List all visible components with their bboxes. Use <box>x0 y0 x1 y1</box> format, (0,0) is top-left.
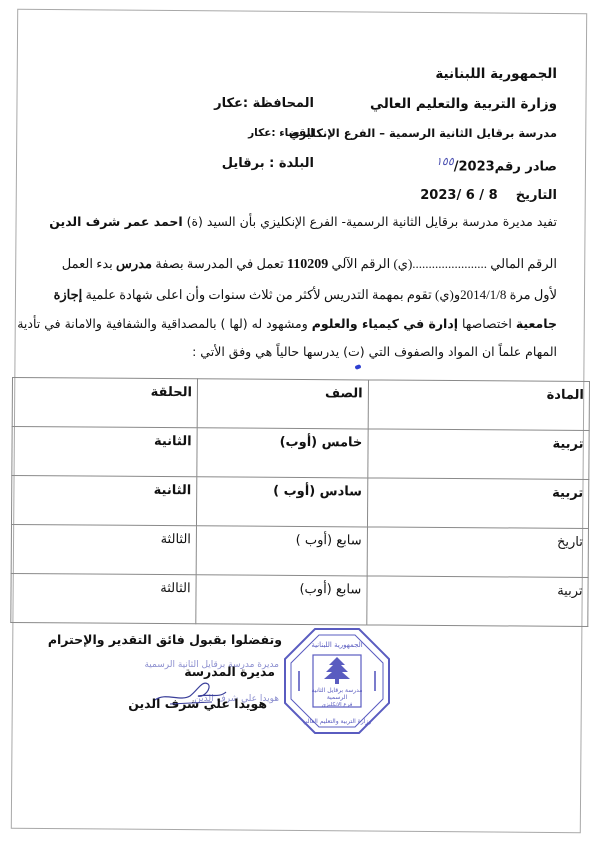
auto-number: 110209 <box>287 257 328 272</box>
employee-name: احمد عمر شرف الدين <box>49 214 182 229</box>
date-value: 2023/ 6 / 8 <box>420 188 497 203</box>
table-header-row: المادة الصف الحلقة <box>12 377 589 430</box>
body-line-4: جامعية اختصاصها إدارة في كيمياء والعلوم … <box>17 316 557 331</box>
signature-icon <box>150 678 230 708</box>
body-line-5: المهام علماً ان المواد والصفوف التي (ت) … <box>192 344 557 359</box>
table-row: تاريخ سابع (أوب ) الثالثة <box>11 524 588 577</box>
date-label: التاريخ <box>516 188 557 203</box>
official-stamp-icon: مدرسة برقايل الثانية الرسمية فرع الانكلي… <box>283 627 391 735</box>
stamp-center-line-2: الرسمية <box>327 694 348 701</box>
role: مدرس <box>116 256 152 271</box>
republic-heading: الجمهورية اللبنانية <box>435 66 557 82</box>
closing-regards: وتفضلوا بقبول فائق التقدير والإحترام <box>48 632 282 647</box>
subjects-table: المادة الصف الحلقة تربية خامس (أوب) الثا… <box>10 377 590 627</box>
school-heading: مدرسة برقايل الثانية الرسمية – الفرع الإ… <box>289 126 557 140</box>
issued-handwritten-number: ١٥٥ <box>436 155 454 168</box>
header-class: الصف <box>197 379 368 429</box>
table-row: تربية سادس (أوب ) الثانية <box>11 475 588 528</box>
ministry-heading: وزارة التربية والتعليم العالي <box>370 96 557 112</box>
header-subject: المادة <box>368 380 590 431</box>
table-row: تربية سابع (أوب) الثالثة <box>11 573 588 626</box>
district-label: القضاء :عكار <box>248 127 314 139</box>
degree: إجازة <box>54 287 83 302</box>
stamp-bottom-text: وزارة التربية والتعليم العالي <box>303 718 372 725</box>
stamp-center-line-1: مدرسة برقايل الثانية <box>311 687 362 694</box>
date-line: التاريخ 2023/ 6 / 8 <box>420 188 557 203</box>
specialization: إدارة في كيمياء والعلوم <box>312 316 458 331</box>
issued-number: صادر رقم١٥٥/2023 <box>436 155 557 174</box>
issued-year: /2023 <box>454 159 495 174</box>
issued-label: صادر رقم <box>495 159 557 174</box>
body-line-1: تفيد مديرة مدرسة برقايل الثانية الرسمية-… <box>49 214 557 229</box>
stamp-center-line-3: فرع الانكليزي <box>322 701 353 708</box>
body-line-3: لأول مرة 2014/1/8و(ي) تقوم بمهمة التدريس… <box>54 287 557 303</box>
stamp-top-text: الجمهورية اللبنانية <box>311 641 362 649</box>
principal-title: مديرة المدرسة <box>184 664 275 679</box>
header-cycle: الحلقة <box>12 377 197 427</box>
governorate-label: المحافظة :عكار <box>214 96 314 111</box>
town-label: البلدة : برقايل <box>222 156 314 171</box>
table-row: تربية خامس (أوب) الثانية <box>12 426 589 479</box>
body-line-2: الرقم المالي .......................(ي) … <box>62 256 557 273</box>
